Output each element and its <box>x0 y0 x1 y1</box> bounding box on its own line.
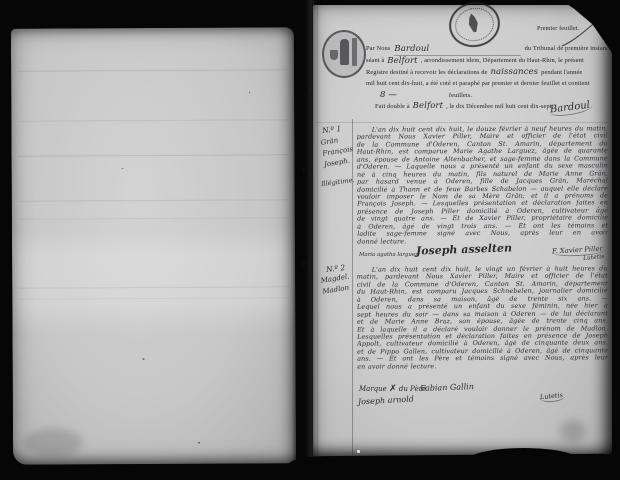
entry1-margin-name: GränFrançoisJoseph. <box>320 133 356 170</box>
ink-blob <box>302 168 306 173</box>
record-line: ladite sage-femme signé avec Nous, après… <box>357 229 608 238</box>
ink-blob <box>301 260 306 266</box>
bottom-edge-shadow <box>288 454 620 480</box>
record-line: ans. — Et ont les Père et témoins signé … <box>357 355 608 364</box>
header-text: Registre destiné à recevoir les déclarat… <box>366 67 487 78</box>
header-line-1: Par Nous Bardoul du Tribunal de première… <box>366 43 612 55</box>
header-line-2: séant à Belfort , arrondissement idem, D… <box>366 55 612 66</box>
paper-speck <box>122 168 124 169</box>
scratch-line <box>18 286 290 288</box>
margin-rule <box>352 119 353 455</box>
revenue-figure-stamp-icon <box>322 30 366 78</box>
scratch-line <box>18 217 290 219</box>
entry2-signature-witness: Fabian Gallin <box>420 382 474 393</box>
header-line-5: 8 — feuillets. <box>366 90 612 101</box>
header-text: Par Nous <box>366 43 390 54</box>
page-fold-line <box>317 5 318 455</box>
register-scan: Premier feuillet. Par Nous Bardoul du Tr… <box>0 0 620 480</box>
father-mark-x: ✗ <box>389 384 397 394</box>
city-handwriting: Belfort <box>387 56 417 67</box>
scratch-line <box>17 154 289 156</box>
stamp-shield <box>330 50 338 60</box>
city-handwriting: Belfort <box>413 101 443 112</box>
paper-speck <box>357 450 360 453</box>
paper-stain <box>560 420 586 442</box>
header-text: , le dix Décembre mil huit cent dix-sept… <box>446 102 553 113</box>
header-text: feuillets. <box>449 91 472 101</box>
header-line-4: mil huit cent dix-huit, a été coté et pa… <box>366 78 612 89</box>
header-text: séant à <box>366 55 384 66</box>
entry2-marque-du-pere: Marque ✗ du Père <box>359 384 426 394</box>
paper-speck <box>143 358 145 360</box>
faint-rule <box>316 122 608 123</box>
header-text: du Tribunal de première instance <box>525 43 612 54</box>
paper-stain <box>23 428 83 456</box>
header-text: pendant l'année <box>541 67 582 78</box>
scratch-line <box>17 119 289 121</box>
sheet-count-handwriting: 8 — <box>380 90 397 100</box>
entry1-body-text: L'an dix huit cent dix huit, le douze fé… <box>357 125 609 245</box>
scratch-line <box>18 297 290 299</box>
entry2-margin-name: Magdel.Madlon <box>320 271 352 297</box>
record-line: en avoir donné lecture. <box>357 362 608 371</box>
left-blank-page <box>11 27 296 464</box>
entry1-signature-midwife: Maria agatha larguez <box>359 252 418 258</box>
header-text: Fait double à <box>375 102 410 113</box>
header-text: , arrondissement idem, Département du Ha… <box>421 55 584 66</box>
stamp-figure <box>340 39 349 65</box>
header-line-3: Registre destiné à recevoir les déclarat… <box>366 67 612 78</box>
marque-label: Marque <box>359 385 387 393</box>
register-type-handwriting: naissances <box>490 67 538 78</box>
ink-blob <box>303 94 306 97</box>
scratch-line <box>17 69 289 71</box>
paper-speck <box>198 442 200 444</box>
header-text: mil huit cent dix-huit, a été coté et pa… <box>366 78 590 89</box>
scratch-line <box>17 199 289 201</box>
stamp-column <box>352 38 357 66</box>
entry2-body-text: L'an dix huit cent dix huit, le vingt un… <box>357 265 609 370</box>
judge-name-handwriting: Bardoul <box>394 44 520 56</box>
paper-speck <box>249 91 250 93</box>
